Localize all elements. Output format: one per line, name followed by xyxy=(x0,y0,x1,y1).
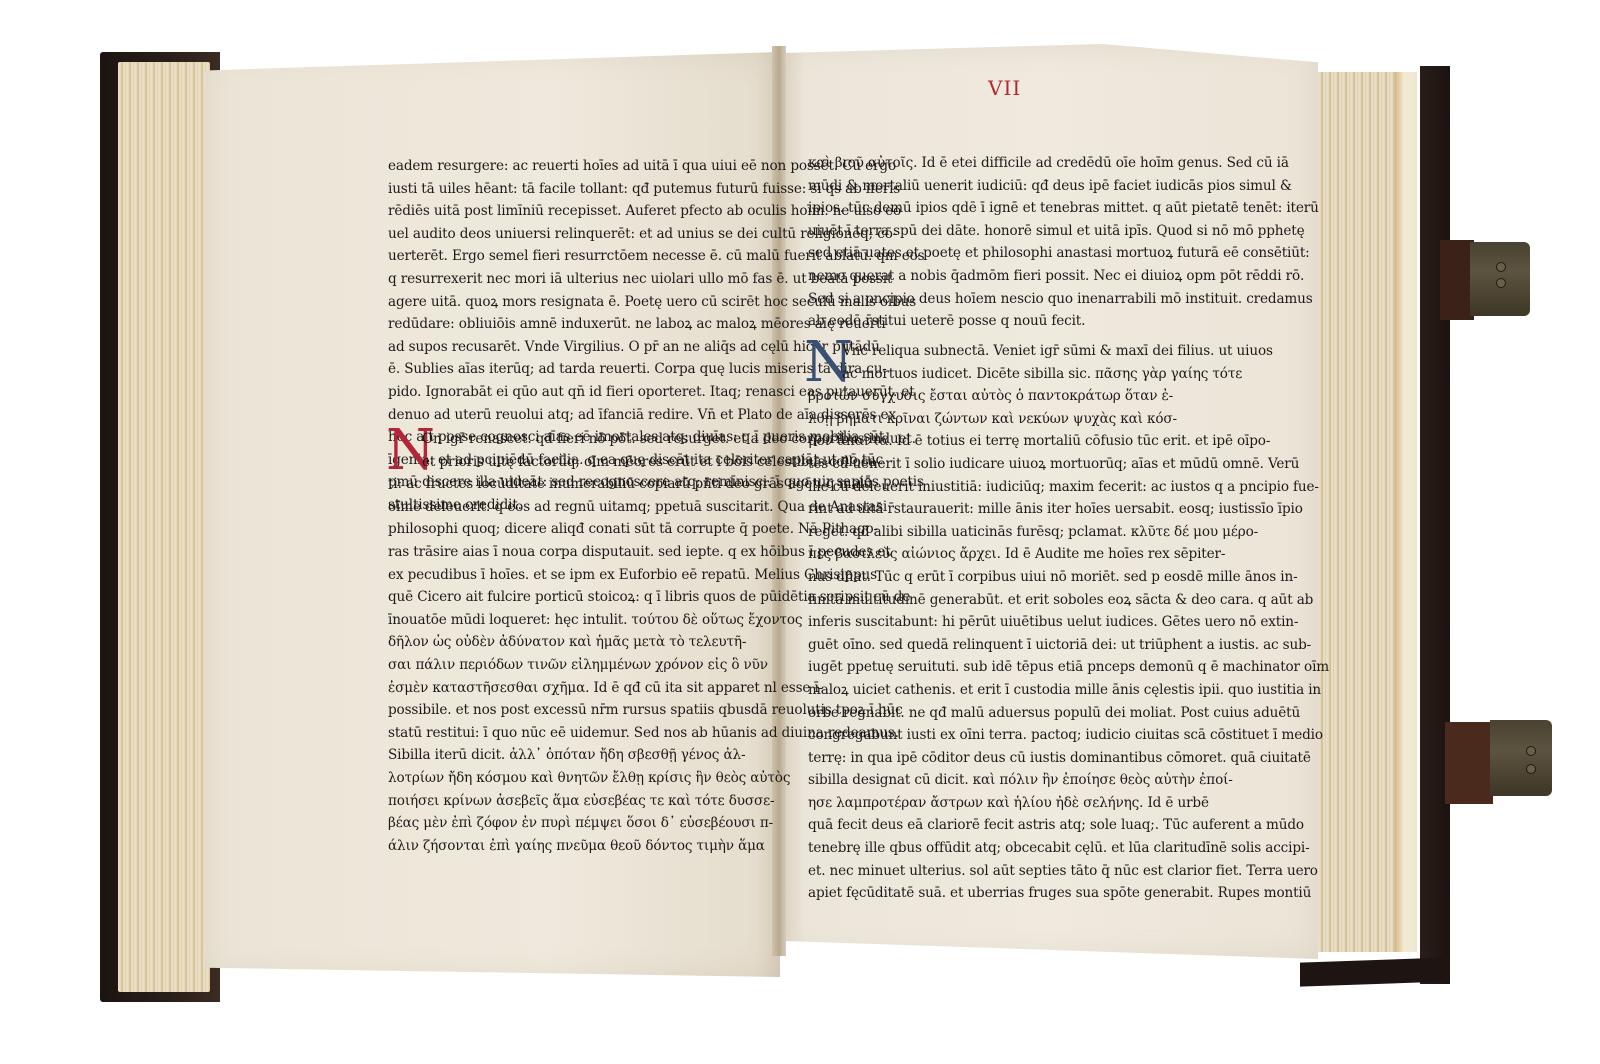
text-line: inferis suscitabunt: hi pērūt uiuētibus … xyxy=(808,611,1329,634)
text-line: ησε λαμπροτέραν ἄστρων καὶ ἡλίου ἠδὲ σελ… xyxy=(808,792,1329,815)
right-flyleaf-edge xyxy=(1395,72,1417,952)
text-line: Sed si a pncipio deus hoīem nescio quo i… xyxy=(808,288,1319,311)
text-line: βροτῶν σύγχυσις ἔσται αὐτὸς ὁ παντοκράτω… xyxy=(808,385,1329,408)
top-clasp-strap xyxy=(1440,240,1474,320)
rivet-icon xyxy=(1496,278,1506,288)
text-line: tenebrę ille qbus offūdit atq; obcecabit… xyxy=(808,837,1329,860)
text-line: καὶ βιοῦ αὐτοῖς. Id ē etei difficile ad … xyxy=(808,152,1319,175)
right-text-block-2: Vnc reliqua subnectā. Veniet igr̄ sūmi &… xyxy=(808,340,1329,905)
text-line: rint ad uitā r̄staurauerit: mille ānis i… xyxy=(808,498,1329,521)
text-line: guēt oīno. sed quedā relinquent ī uictor… xyxy=(808,634,1329,657)
left-page-stack-edge xyxy=(118,62,210,992)
text-line: quā fecit deus eā clariorē fecit astris … xyxy=(808,814,1329,837)
text-line: congregabunt iusti ex oīni terra. pactoq… xyxy=(808,724,1329,747)
right-cover-binding xyxy=(1420,66,1450,984)
text-line: πες βασιλεὺς αἰώνιος ἄρχει. Id ē Audite … xyxy=(808,543,1329,566)
text-line: Vnc reliqua subnectā. Veniet igr̄ sūmi &… xyxy=(808,340,1329,363)
text-line: sibilla designat cū dicit. καὶ πόλιν ἣν … xyxy=(808,769,1329,792)
bottom-clasp xyxy=(1490,720,1552,796)
text-line: terrę: in qua ipē cōditor deus cū iustis… xyxy=(808,747,1329,770)
text-line: et. nec minuet ulterius. sol aūt septies… xyxy=(808,860,1329,883)
folio-number: VII xyxy=(988,76,1021,100)
text-line: orbe regnabit. ne qđ malū aduersus popul… xyxy=(808,702,1329,725)
rivet-icon xyxy=(1526,764,1536,774)
text-line: λθῃ βήματι κρῖναι ζώντων καὶ νεκύων ψυχὰ… xyxy=(808,408,1329,431)
text-line: μον ἅπαντα. Id ē totius ei terrę mortali… xyxy=(808,430,1329,453)
open-book-photo: VII eadem resurgere: ac reuerti hoīes ad… xyxy=(0,0,1600,1064)
text-line: ac mortuos iudicet. Dicēte sibilla sic. … xyxy=(808,363,1329,386)
text-line: ab eodē r̄stitui ueterē posse q nouū fec… xyxy=(808,310,1319,333)
text-line: uiuēt ī terra spū dei dāte. honorē simul… xyxy=(808,220,1319,243)
text-line: apiet fęcūditatē suā. et uberrias fruges… xyxy=(808,882,1329,905)
text-line: tēs cū uenerit ī solio iudicare uiuoꝝ mo… xyxy=(808,453,1329,476)
text-line: mūdi & mortaliū uenerit iudiciū: qđ deus… xyxy=(808,175,1319,198)
text-line: nus dñat. Tūc q erūt ī corpibus uiui nō … xyxy=(808,566,1329,589)
text-line: sed etiā uates et poetę et philosophi an… xyxy=(808,242,1319,265)
text-line: reget. qđ alibi sibilla uaticinās furēsq… xyxy=(808,521,1329,544)
bottom-clasp-strap xyxy=(1445,722,1493,804)
rivet-icon xyxy=(1496,262,1506,272)
text-line: iugēt ppetuę seruituti. sub idē tēpus et… xyxy=(808,656,1329,679)
rivet-icon xyxy=(1526,746,1536,756)
text-line: finitā multitudīnē generabūt. et erit so… xyxy=(808,589,1329,612)
text-line: maloꝝ uiciet cathenis. et erit ī custodi… xyxy=(808,679,1329,702)
text-line: ille cū deleuerit iniustitiā: iudiciūq; … xyxy=(808,476,1329,499)
text-line: nemo quęrat a nobis q̄admōm fieri possit… xyxy=(808,265,1319,288)
text-line: ipios. tūc demū ipios qdē ī ignē et tene… xyxy=(808,197,1319,220)
top-clasp xyxy=(1470,242,1530,316)
right-text-block-1: καὶ βιοῦ αὐτοῖς. Id ē etei difficile ad … xyxy=(808,152,1319,333)
